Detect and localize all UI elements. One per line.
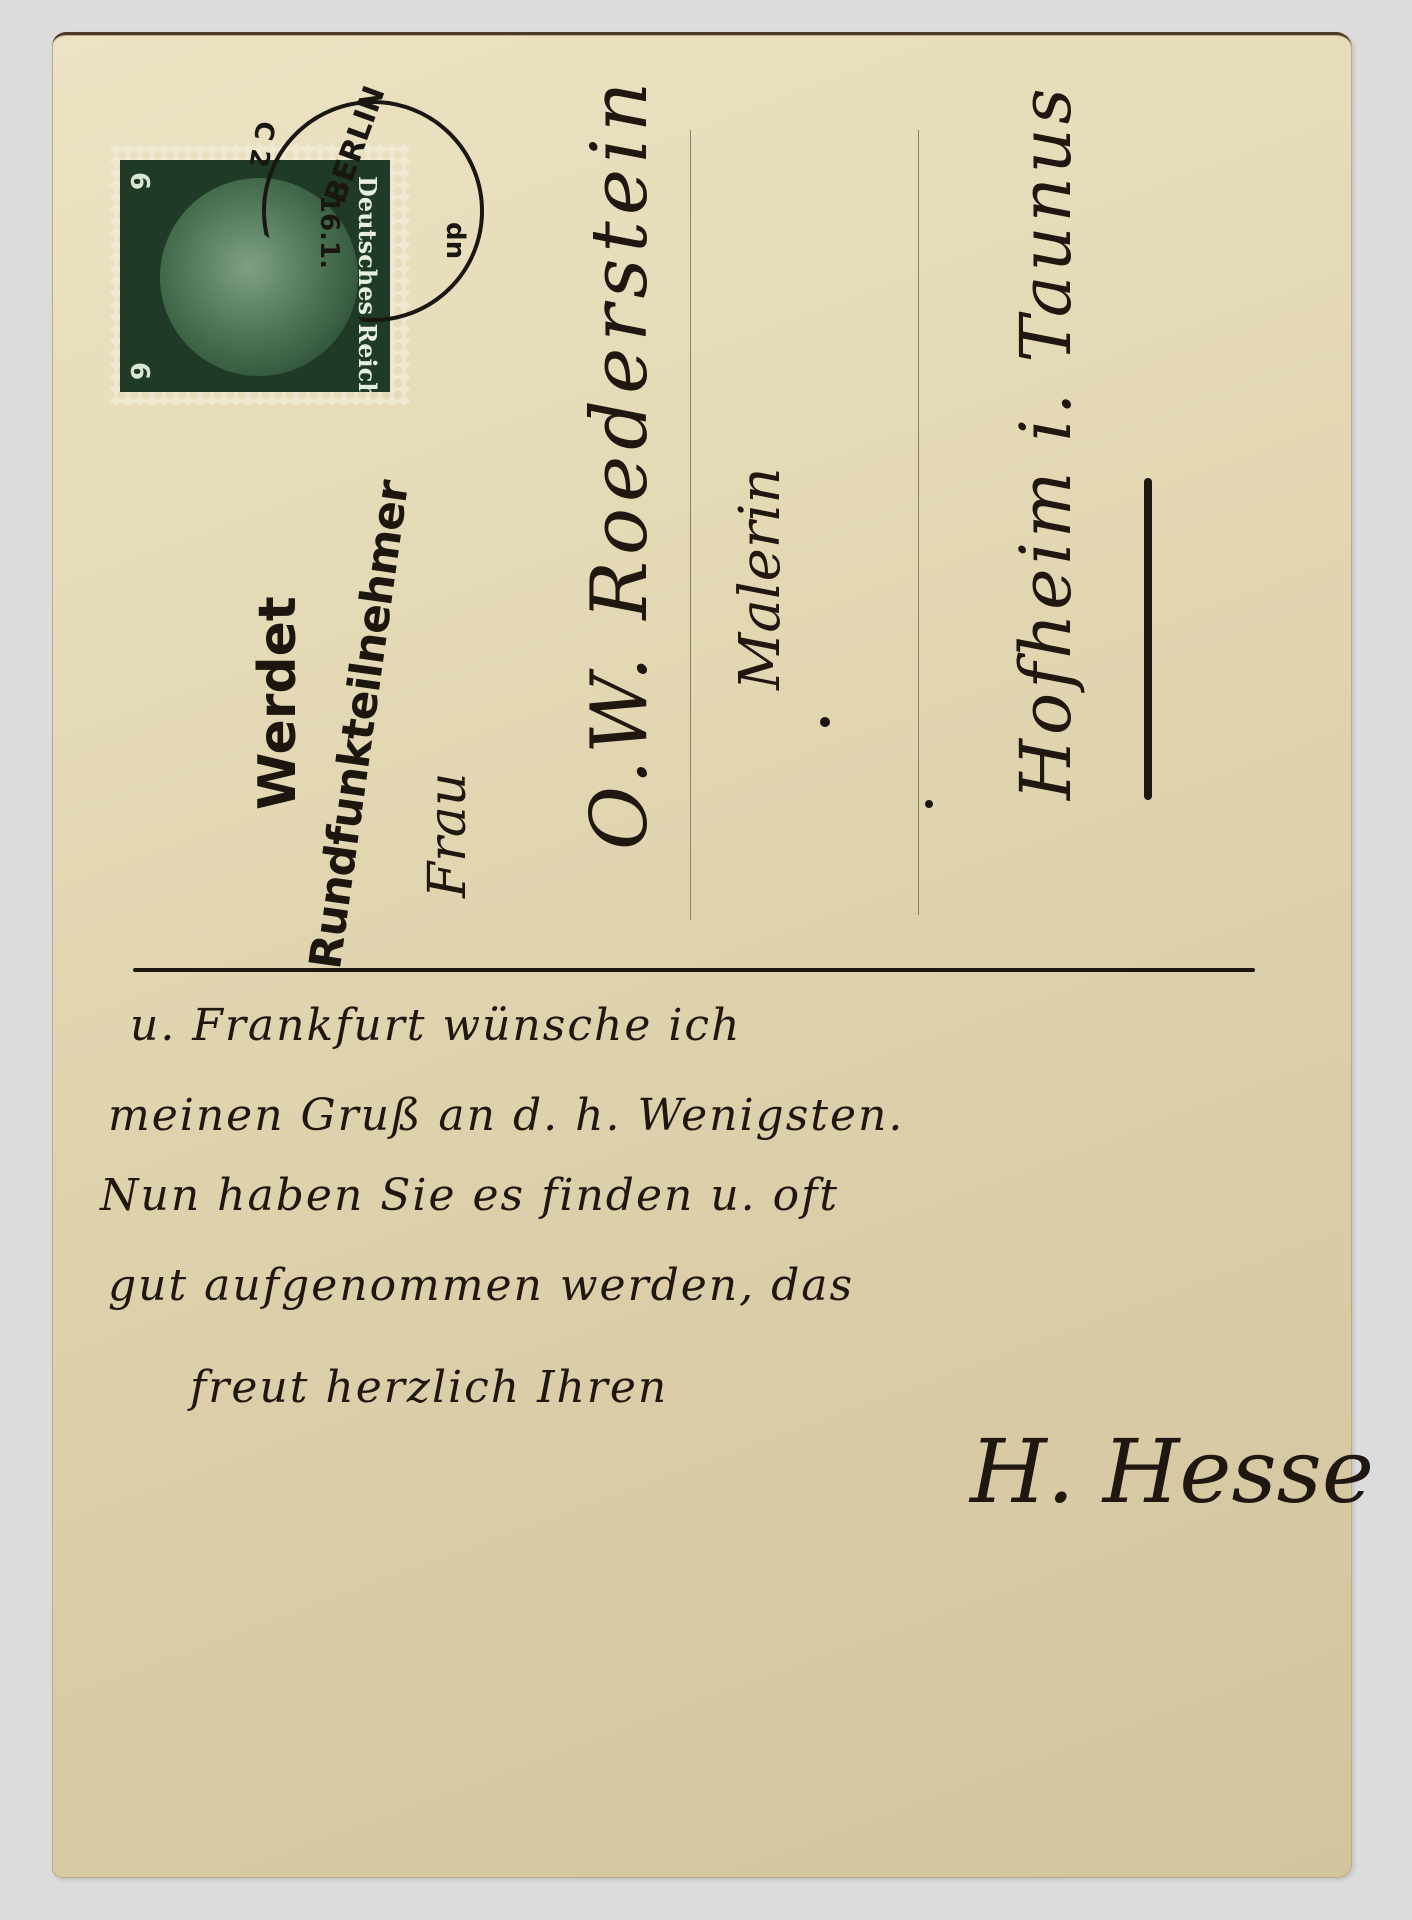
postmark-code: dn [440, 222, 470, 259]
ink-dot [925, 800, 933, 808]
stamp-value-top: 6 [124, 172, 154, 190]
address-occupation: Malerin [728, 467, 793, 690]
message-line-4: gut aufgenommen werden, das [108, 1260, 854, 1311]
address-rule-1 [690, 130, 691, 920]
message-line-2: meinen Gruß an d. h. Wenigsten. [108, 1090, 904, 1141]
stamp-value-bottom: 6 [124, 362, 154, 380]
message-line-5: freut herzlich Ihren [190, 1362, 668, 1413]
message-line-3: Nun haben Sie es finden u. oft [100, 1170, 839, 1221]
slogan-line-1: Werdet [248, 596, 308, 810]
city-underline-stroke [1144, 478, 1152, 800]
address-city: Hofheim i. Taunus [1005, 84, 1087, 800]
card-divider [133, 968, 1255, 972]
ink-dot [820, 717, 830, 727]
postmark-date: 16.1. [314, 195, 344, 269]
message-line-1: u. Frankfurt wünsche ich [130, 1000, 741, 1051]
address-salutation: Frau [418, 773, 478, 898]
address-name: O.W. Roederstein [575, 76, 665, 850]
signature: H. Hesse [970, 1420, 1374, 1523]
address-rule-2 [918, 130, 919, 915]
